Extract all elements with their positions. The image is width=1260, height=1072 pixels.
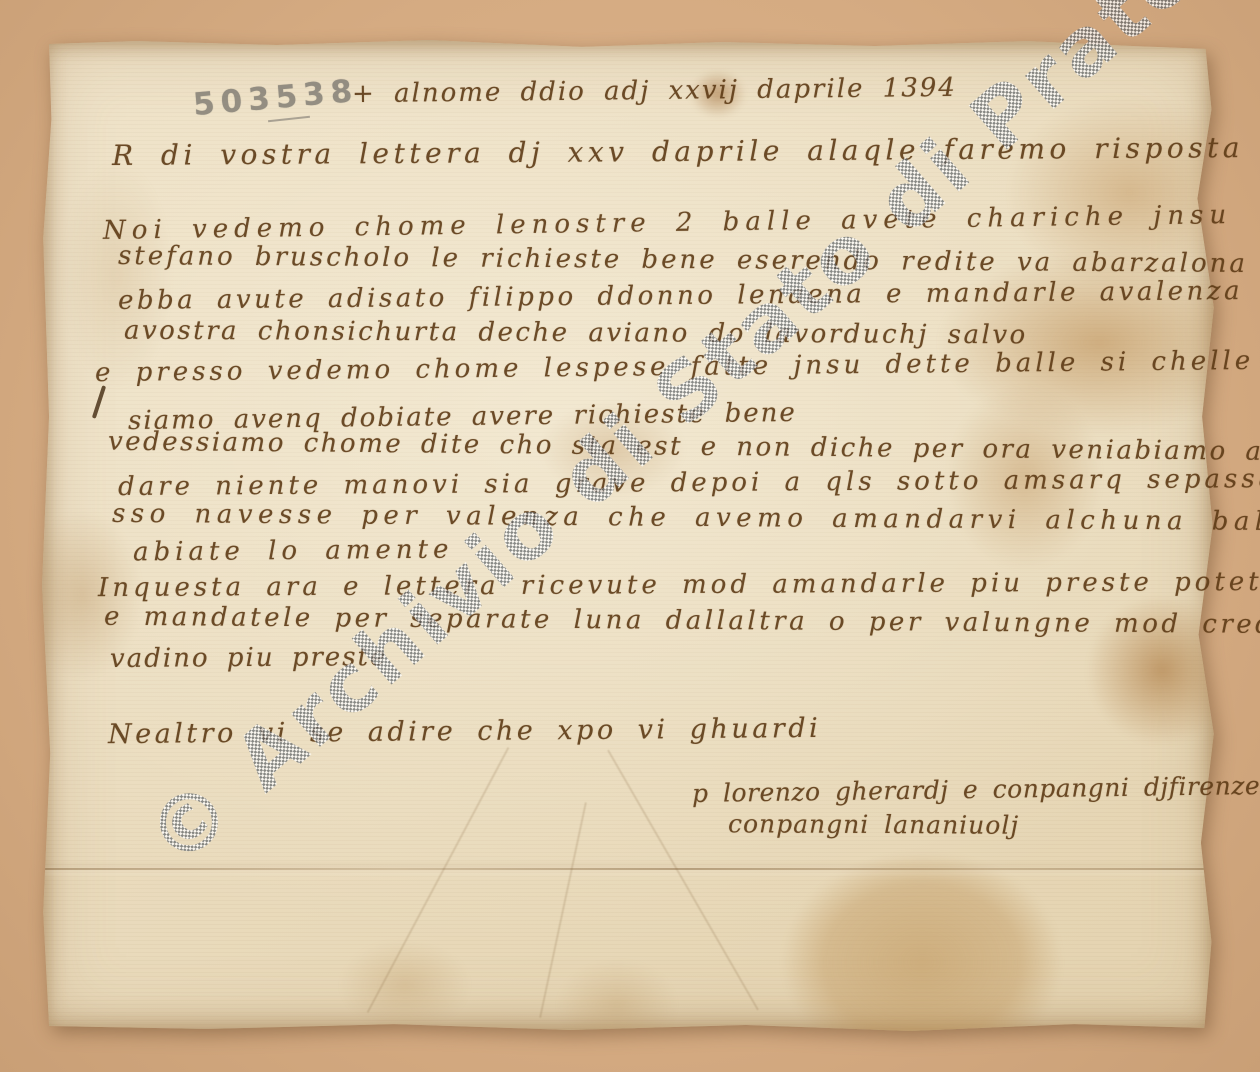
letter-salutation-line: R di vostra lettera dj xxv daprile alaql… <box>112 134 1244 170</box>
letter-body-line: dare niente manovi sia grave depoi a qls… <box>118 466 1260 500</box>
fold-crease <box>42 868 1215 870</box>
ink-blot <box>92 385 106 419</box>
letter-header-line: + alnome ddio adj xxvij daprile 1394 <box>352 75 957 107</box>
stain <box>782 852 1062 1072</box>
paper-sheet <box>42 40 1215 1031</box>
letter-paper <box>42 40 1215 1031</box>
letter-body-line: sso navesse per valenza che avemo amanda… <box>112 501 1260 535</box>
stain <box>62 160 172 390</box>
letter-body-line: stefano bruscholo le richieste bene eser… <box>118 243 1248 277</box>
letter-body-line: abiate lo amente <box>133 537 454 566</box>
signature-line: conpangni lananiuolj <box>728 811 1019 838</box>
stain <box>340 940 470 1030</box>
signature-line: p lorenzo gherardj e conpangni djfirenze <box>692 773 1260 806</box>
letter-body-line: avostra chonsichurta deche aviano do lav… <box>124 318 1028 349</box>
archival-scan: { "document": { "type": "scanned medieva… <box>0 0 1260 1072</box>
stain <box>557 960 677 1050</box>
letter-body-line: Inquesta ara e lettera ricevute mod aman… <box>98 569 1260 601</box>
